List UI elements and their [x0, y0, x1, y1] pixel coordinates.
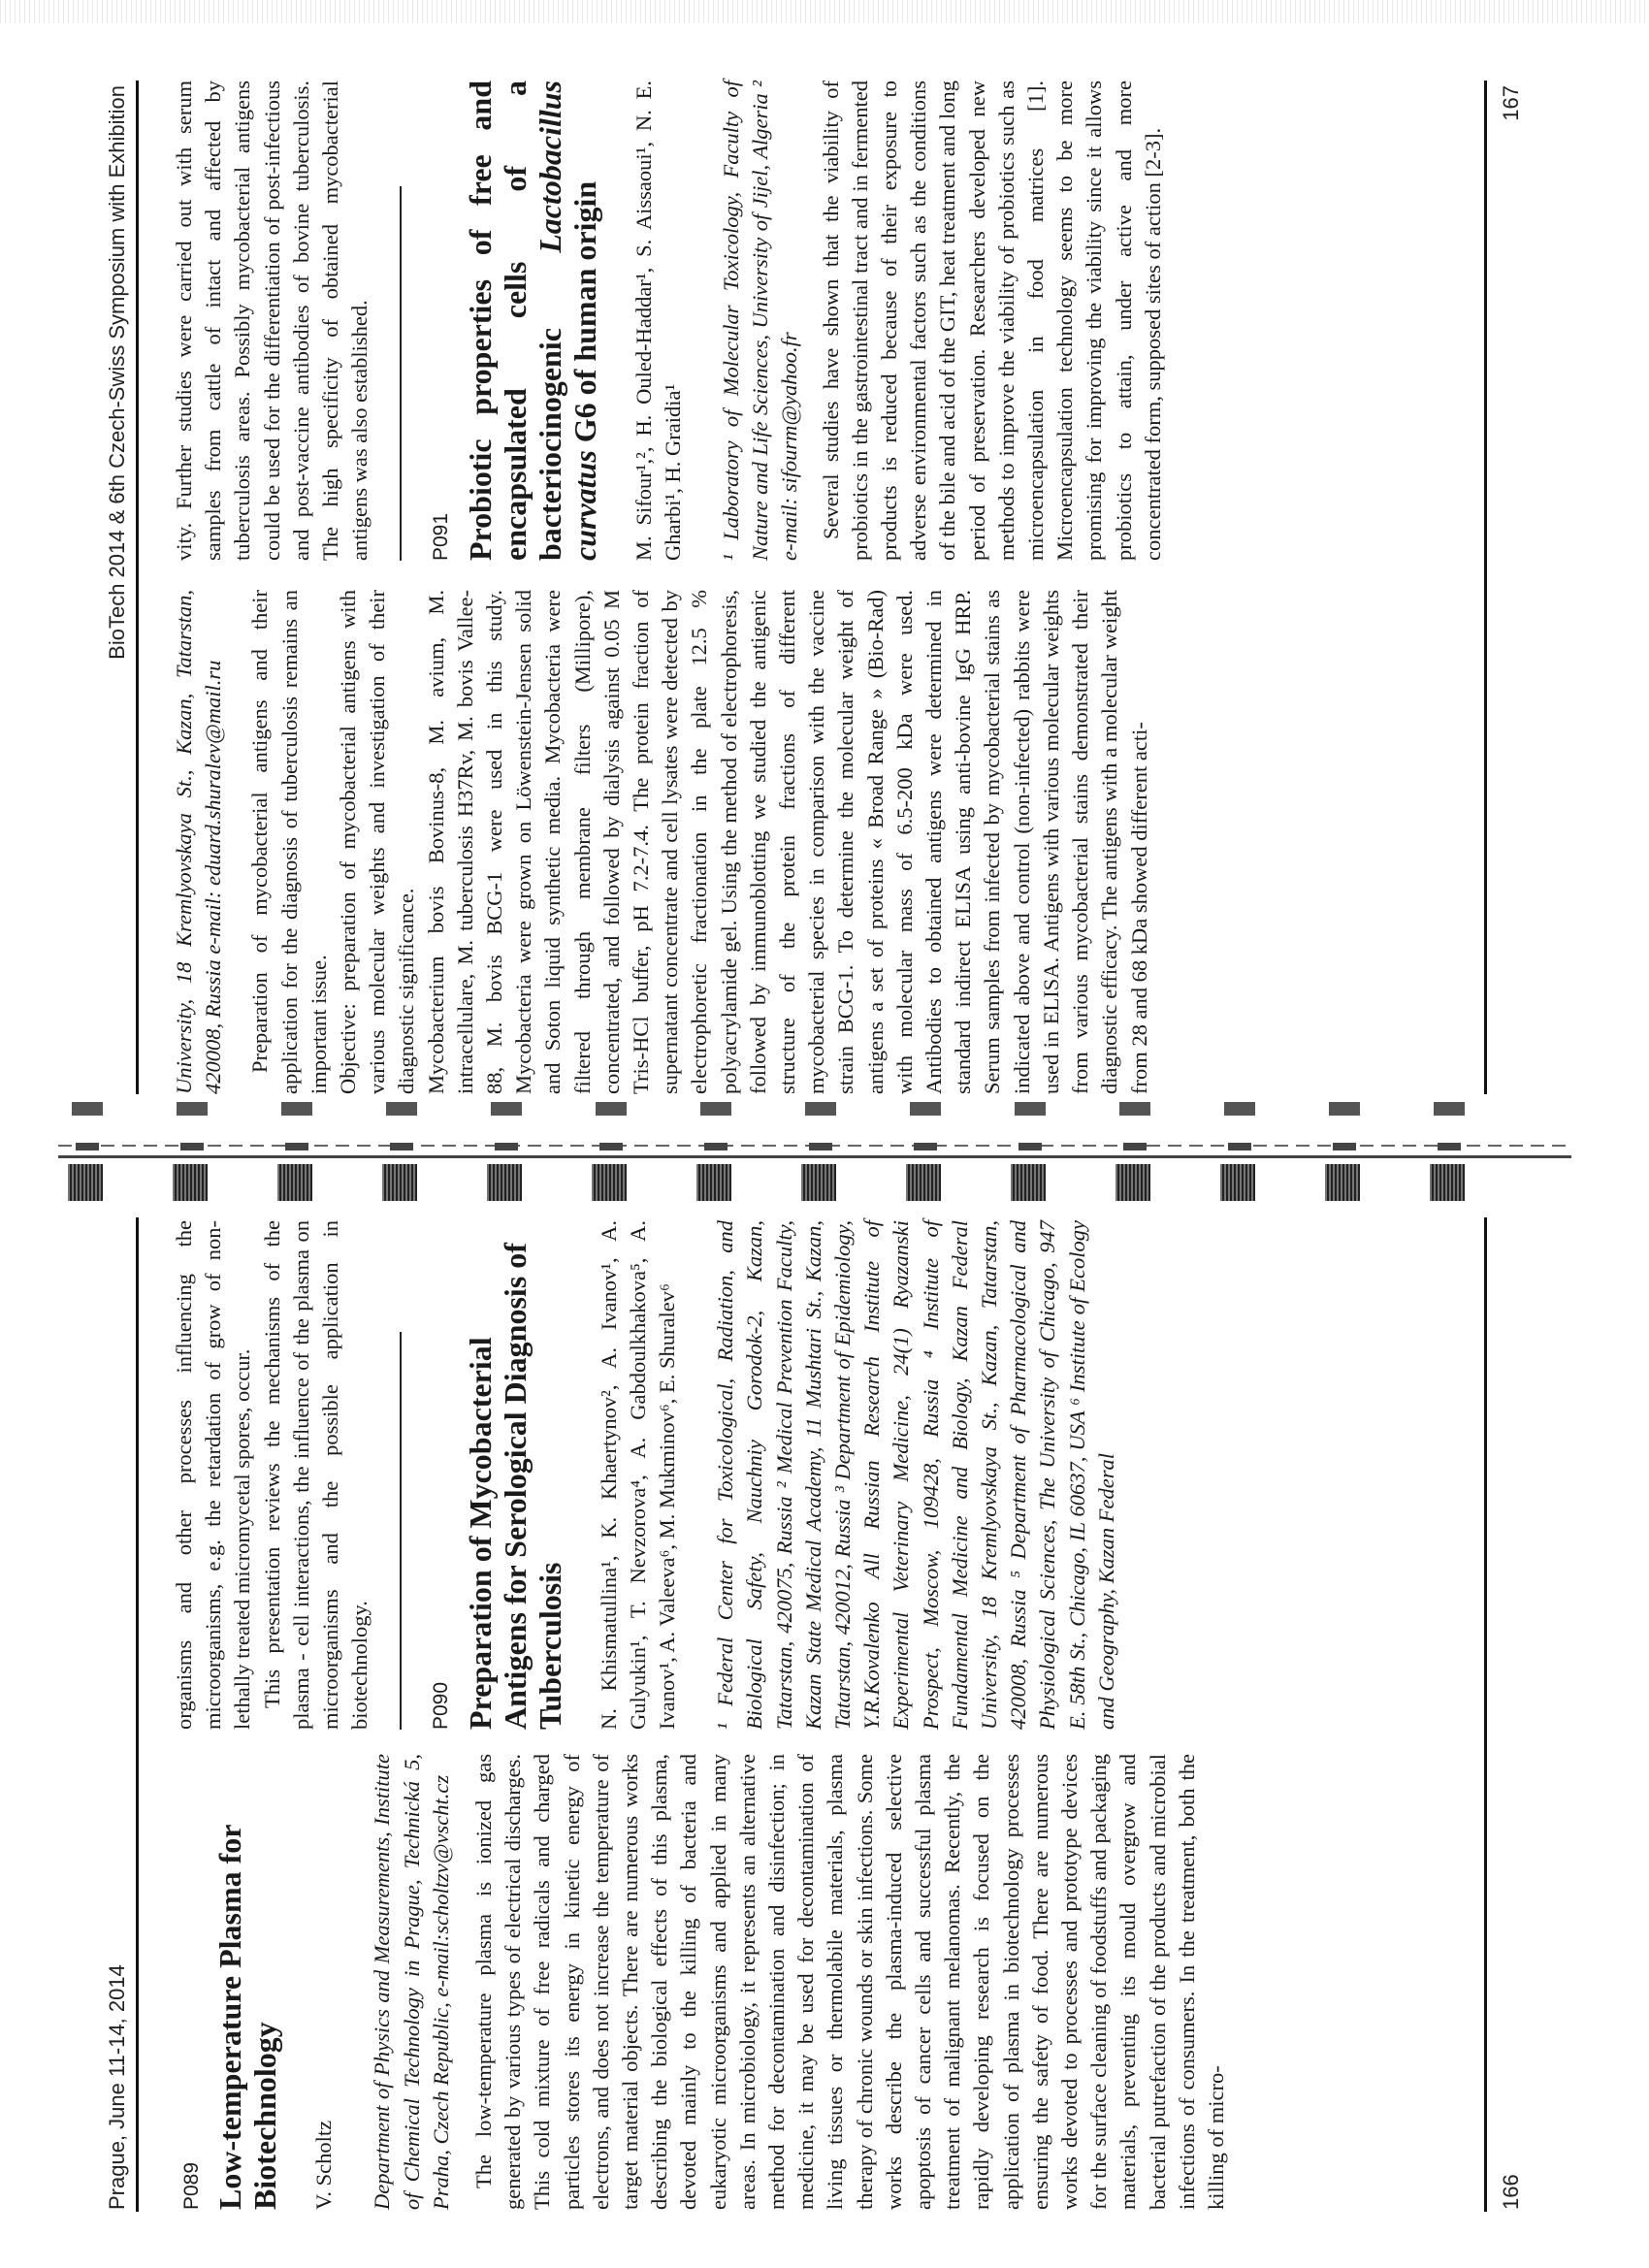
abstract-body: This presentation reviews the mechanisms…	[258, 1220, 375, 1730]
binding-ring	[1430, 1104, 1469, 1201]
column-3: University, 18 Kremlyovskaya St., Kazan,…	[170, 590, 1154, 1094]
abstract-body-continued: vity. Further studies were carried out w…	[170, 81, 374, 561]
affiliation: ¹ Federal Center for Toxicological, Radi…	[711, 1220, 1121, 1730]
authors: V. Scholtz	[309, 1754, 339, 2210]
scan-edge-noise	[0, 0, 1649, 23]
binding-ring	[1115, 1104, 1154, 1201]
binding-ring	[1220, 1104, 1259, 1201]
abstract-objective: Objective: preparation of mycobacterial …	[334, 590, 422, 1094]
abstract-code: P091	[427, 81, 456, 561]
running-head-right: BioTech 2014 & 6th Czech-Swiss Symposium…	[105, 85, 130, 660]
running-head-left: Prague, June 11-14, 2014	[105, 1964, 130, 2210]
binding-ring	[277, 1104, 316, 1201]
abstract-body: The low-temperature plasma is ionized ga…	[469, 1754, 1231, 2210]
abstract-code: P089	[178, 1754, 207, 2210]
page-number: 167	[1499, 85, 1524, 121]
abstract-title: Preparation of Mycobacterial Antigens fo…	[463, 1220, 567, 1730]
abstract-body-continued: organisms and other processes influencin…	[170, 1220, 258, 1730]
binding-ring	[487, 1104, 526, 1201]
abstract-title: Probiotic properties of free and encapsu…	[463, 81, 602, 561]
page-number: 166	[1499, 2174, 1524, 2210]
binding-ring	[173, 1104, 211, 1201]
authors: M. Sifour¹,², H. Ouled-Haddar¹, S. Aissa…	[630, 81, 688, 561]
title-part: G6 of human origin	[567, 181, 602, 450]
binding-ring	[1325, 1104, 1364, 1201]
column-4: vity. Further studies were carried out w…	[170, 81, 1168, 561]
binding-ring	[68, 1104, 107, 1201]
rotated-book-spread: Prague, June 11-14, 2014 P089 Low-temper…	[0, 0, 1649, 2268]
binding-ring	[696, 1104, 735, 1201]
column-2: organisms and other processes influencin…	[170, 1220, 1125, 1730]
abstract-body: Mycobacterium bovis Bovinus-8, M. avium,…	[422, 590, 1154, 1094]
abstract-body: Preparation of mycobacterial antigens an…	[245, 590, 334, 1094]
authors: N. Khismatullina¹, K. Khaertynov², A. Iv…	[595, 1220, 683, 1730]
left-page: Prague, June 11-14, 2014 P089 Low-temper…	[0, 1211, 1649, 2268]
affiliation-continued: University, 18 Kremlyovskaya St., Kazan,…	[170, 590, 228, 1094]
column-1: P089 Low-temperature Plasma for Biotechn…	[170, 1754, 1231, 2210]
abstract-code: P090	[427, 1220, 456, 1730]
binding-ring	[1011, 1104, 1050, 1201]
abstract-body: Several studies have shown that the viab…	[817, 81, 1168, 561]
spiral-binding	[58, 1094, 1571, 1201]
affiliation: Department of Physics and Measurements, …	[368, 1754, 456, 2210]
footer-rule	[1484, 81, 1487, 1094]
header-rule	[136, 81, 139, 1094]
binding-ring	[801, 1104, 840, 1201]
binding-ring	[906, 1104, 945, 1201]
abstract-separator	[400, 1333, 402, 1731]
abstract-separator	[400, 186, 402, 561]
binding-ring	[592, 1104, 630, 1201]
footer-rule	[1484, 1217, 1487, 2212]
binding-ring	[382, 1104, 421, 1201]
header-rule	[136, 1217, 139, 2212]
abstract-title: Low-temperature Plasma for Biotechnology	[212, 1754, 282, 2210]
affiliation: ¹ Laboratory of Molecular Toxicology, Fa…	[717, 81, 805, 561]
right-page: BioTech 2014 & 6th Czech-Swiss Symposium…	[0, 56, 1649, 1099]
